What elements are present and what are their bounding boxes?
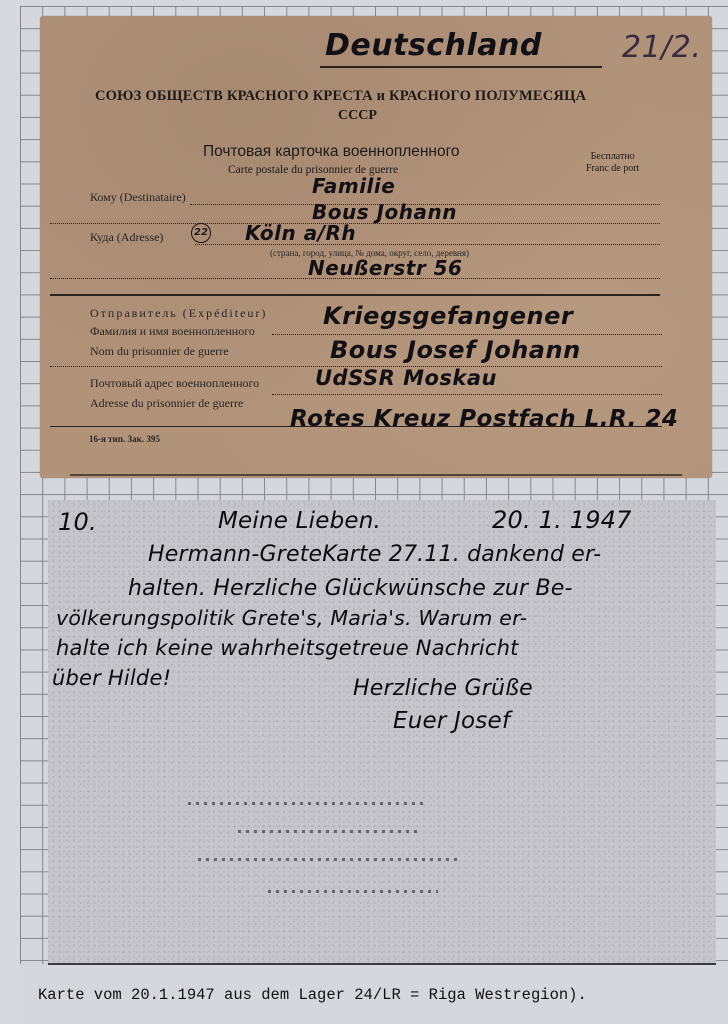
address-dotted-line-1	[195, 244, 660, 245]
country-underline	[320, 66, 602, 68]
prisoner-address-label-fr: Adresse du prisonnier de guerre	[90, 396, 243, 411]
sender-label: Отправитель (Expéditeur)	[90, 306, 267, 321]
faded-stamp-marks	[178, 790, 488, 910]
postage-free-ru: Бесплатно	[586, 151, 639, 163]
letter-line-3: völkerungspolitik Grete's, Maria's. Waru…	[56, 606, 527, 630]
letter-line-2: halten. Herzliche Glückwünsche zur Be-	[128, 576, 573, 601]
recipient-label: Кому (Destinataire)	[90, 190, 186, 205]
page-margin	[0, 0, 20, 1024]
prisoner-address-label-ru: Почтовый адрес военнопленного	[90, 376, 259, 391]
letter-date: 20. 1. 1947	[492, 506, 632, 534]
pow-postcard-front: Deutschland 21/2. СОЮЗ ОБЩЕСТВ КРАСНОГО …	[40, 16, 712, 478]
letter-line-5: über Hilde!	[52, 666, 171, 690]
handwritten-country: Deutschland	[325, 28, 542, 63]
bottom-edge-line	[70, 474, 682, 476]
organization-title: СОЮЗ ОБЩЕСТВ КРАСНОГО КРЕСТА и КРАСНОГО …	[95, 88, 586, 105]
letter-signature: Euer Josef	[393, 708, 510, 734]
postage-free-label: Бесплатно Franc de port	[586, 151, 639, 175]
sender-dotted-line-1	[272, 334, 662, 335]
card-title-russian: Почтовая карточка военнопленного	[203, 143, 460, 161]
section-divider	[50, 294, 660, 296]
recipient-line-1: Familie	[312, 174, 395, 198]
prisoner-name-label-fr: Nom du prisonnier de guerre	[90, 344, 229, 359]
letter-line-4: halte ich keine wahrheitsgetreue Nachric…	[56, 636, 519, 660]
country-title: СССР	[338, 108, 377, 124]
letter-greeting: Meine Lieben.	[218, 508, 381, 534]
page-caption: Karte vom 20.1.1947 aus dem Lager 24/LR …	[38, 986, 587, 1004]
sender-address-line	[50, 426, 662, 427]
sender-address-line-1: UdSSR Moskau	[315, 366, 497, 390]
card-sequence-number: 10.	[58, 508, 97, 536]
sender-line-1: Kriegsgefangener	[323, 302, 573, 330]
address-street: Neußerstr 56	[308, 256, 462, 280]
address-city: Köln a/Rh	[245, 221, 356, 245]
sender-address-line-2: Rotes Kreuz Postfach L.R. 24	[290, 406, 678, 432]
handwritten-number: 21/2.	[622, 30, 701, 65]
print-info: 16-я тип. Зак. 395	[89, 434, 160, 444]
postage-free-fr: Franc de port	[586, 163, 639, 175]
prisoner-name-label-ru: Фамилия и имя военнопленного	[90, 324, 255, 339]
letter-closing: Herzliche Grüße	[353, 676, 533, 701]
sender-address-dotted-line	[272, 394, 662, 395]
letter-line-1: Hermann-GreteKarte 27.11. dankend er-	[148, 542, 601, 567]
address-dotted-line-2	[50, 278, 660, 279]
sender-line-2: Bous Josef Johann	[330, 336, 581, 364]
address-label: Куда (Adresse)	[90, 230, 163, 245]
postcard-back-photocopy: 10. Meine Lieben. 20. 1. 1947 Hermann-Gr…	[48, 500, 716, 965]
circled-postal-number: 22	[191, 223, 211, 243]
